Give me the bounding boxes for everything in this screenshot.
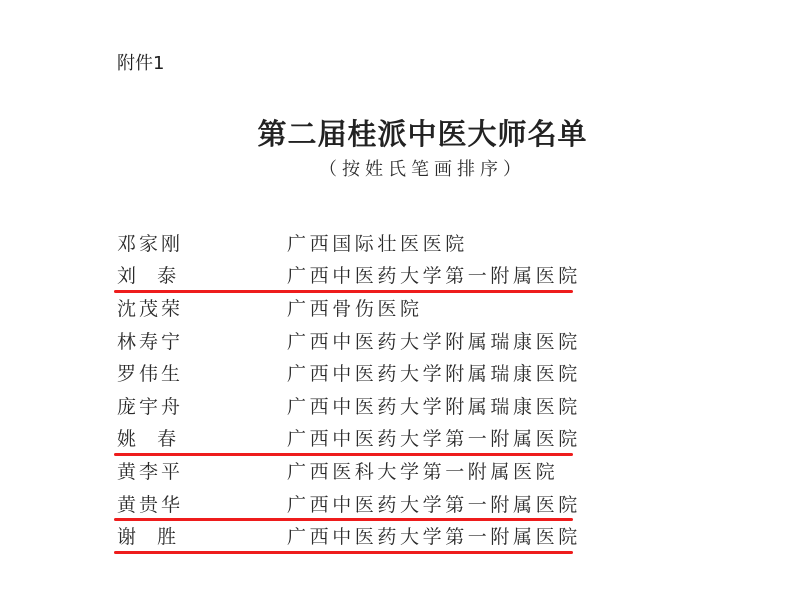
faint-stamp-smudge [205, 555, 245, 575]
master-name: 邓家刚 [117, 229, 287, 256]
master-name: 林寿宁 [117, 327, 287, 354]
roster-row: 庞宇舟 广西中医药大学附属瑞康医院 [117, 389, 587, 422]
master-organization: 广西中医药大学第一附属医院 [287, 424, 581, 451]
master-name: 黄李平 [117, 457, 287, 484]
master-organization: 广西中医药大学附属瑞康医院 [287, 359, 581, 386]
master-organization: 广西骨伤医院 [287, 294, 423, 321]
master-organization: 广西医科大学第一附属医院 [287, 457, 558, 484]
master-organization: 广西中医药大学第一附属医院 [287, 261, 581, 288]
master-name: 谢 胜 [117, 522, 287, 549]
master-name: 黄贵华 [117, 490, 287, 517]
roster-row: 刘 泰 广西中医药大学第一附属医院 [117, 259, 587, 292]
roster-row: 谢 胜 广西中医药大学第一附属医院 [117, 519, 587, 552]
master-organization: 广西中医药大学第一附属医院 [287, 490, 581, 517]
roster-list: 邓家刚 广西国际壮医医院 刘 泰 广西中医药大学第一附属医院 沈茂荣 广西骨伤医… [117, 226, 587, 552]
master-name: 刘 泰 [117, 261, 287, 288]
master-organization: 广西中医药大学第一附属医院 [287, 522, 581, 549]
roster-row: 沈茂荣 广西骨伤医院 [117, 291, 587, 324]
roster-row: 黄贵华 广西中医药大学第一附属医院 [117, 487, 587, 520]
master-organization: 广西国际壮医医院 [287, 229, 468, 256]
master-name: 罗伟生 [117, 359, 287, 386]
master-organization: 广西中医药大学附属瑞康医院 [287, 392, 581, 419]
master-name: 庞宇舟 [117, 392, 287, 419]
roster-row: 黄李平 广西医科大学第一附属医院 [117, 454, 587, 487]
document-subtitle: （按姓氏笔画排序） [0, 155, 800, 181]
roster-row: 邓家刚 广西国际壮医医院 [117, 226, 587, 259]
roster-row: 罗伟生 广西中医药大学附属瑞康医院 [117, 356, 587, 389]
red-highlight-underline [114, 551, 573, 554]
roster-row: 姚 春 广西中医药大学第一附属医院 [117, 422, 587, 455]
master-organization: 广西中医药大学附属瑞康医院 [287, 327, 581, 354]
master-name: 沈茂荣 [117, 294, 287, 321]
master-name: 姚 春 [117, 424, 287, 451]
roster-row: 林寿宁 广西中医药大学附属瑞康医院 [117, 324, 587, 357]
document-title: 第二届桂派中医大师名单 [0, 112, 800, 153]
attachment-label: 附件1 [117, 49, 164, 75]
